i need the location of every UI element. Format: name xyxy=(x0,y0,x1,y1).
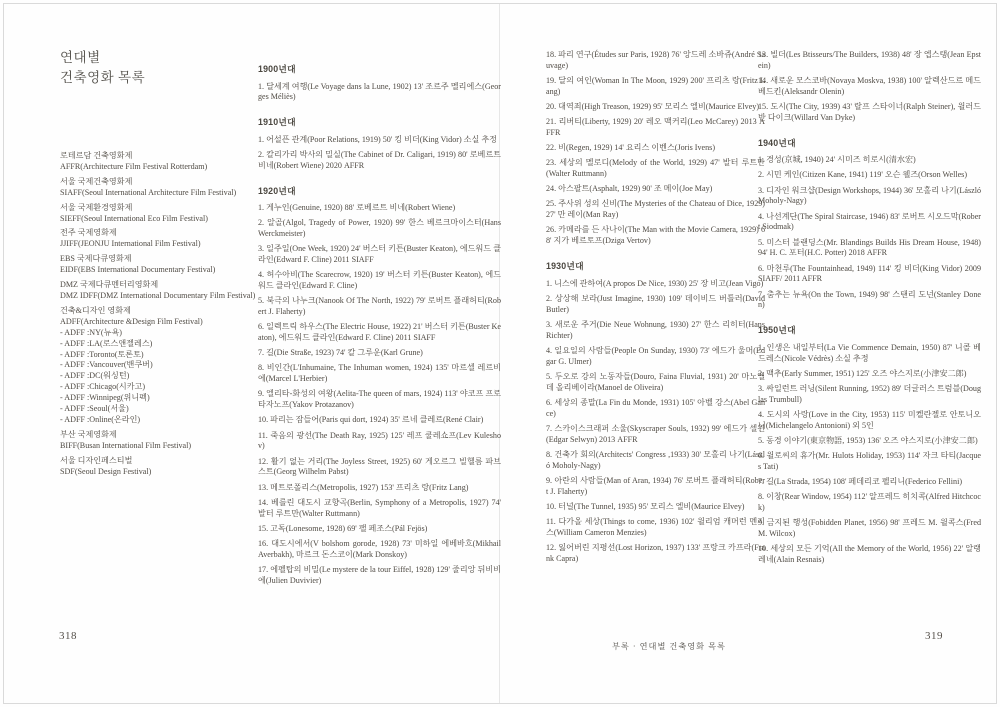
film-list-item: 1. 니스에 관하여(A propos De Nice, 1930) 25' 장… xyxy=(546,279,765,290)
film-list-item: 10. 세상의 모든 기억(All the Memory of the Worl… xyxy=(758,544,981,566)
film-list-item: 4. 도시의 사랑(Love in the City, 1953) 115' 미… xyxy=(758,410,981,432)
film-list-item: 14. 새로운 모스코바(Novaya Moskva, 1938) 100' 알… xyxy=(758,76,981,98)
film-list-item: 9. 금지된 행성(Fobidden Planet, 1956) 98' 프레드… xyxy=(758,518,981,540)
festival-item: EBS 국제다큐영화제 EIDF(EBS International Docum… xyxy=(60,254,257,276)
film-list-item: 5. 두오로 강의 노동자들(Douro, Faina Fluvial, 193… xyxy=(546,372,765,394)
film-list-item: 1. 어설픈 관계(Poor Relations, 1919) 50' 킹 비더… xyxy=(258,135,501,146)
festival-item: DMZ 국제다큐멘터리영화제 DMZ IDFF(DMZ Internationa… xyxy=(60,280,257,302)
film-list-item: 11. 다가올 세상(Things to come, 1936) 102' 윌리… xyxy=(546,517,765,539)
festival-sub-item: - ADFF :NY(뉴욕) xyxy=(60,328,257,339)
film-list-item: 15. 도시(The City, 1939) 43' 랄프 스타이너(Ralph… xyxy=(758,102,981,124)
festival-sub-item: - ADFF :Toronto(토론토) xyxy=(60,350,257,361)
film-list-item: 2. 상상해 보라(Just Imagine, 1930) 109' 데이비드 … xyxy=(546,294,765,316)
film-list-item: 1. 달세계 여행(Le Voyage dans la Lune, 1902) … xyxy=(258,82,501,104)
film-list-item: 1. 인생은 내일부터(La Vie Commence Demain, 1950… xyxy=(758,343,981,365)
festival-item: 서울 국제건축영화제 SIAFF(Seoul International Arc… xyxy=(60,177,257,199)
festival-item: 전주 국제영화제 JJIFF(JEONJU International Film… xyxy=(60,228,257,250)
decade-heading: 1910년대 xyxy=(258,115,501,128)
film-list-item: 13. 빌더(Les Btisseurs/The Builders, 1938)… xyxy=(758,50,981,72)
festival-name-en: SIEFF(Seoul International Eco Film Festi… xyxy=(60,214,257,225)
film-list-item: 3. 새로운 주거(Die Neue Wohnung, 1930) 27' 한스… xyxy=(546,320,765,342)
festival-sub-item: - ADFF :LA(로스앤젤레스) xyxy=(60,339,257,350)
film-list-item: 21. 리버티(Liberty, 1929) 20' 레오 맥커리(Leo Mc… xyxy=(546,117,765,139)
film-list-item: 25. 주사위 성의 신비(The Mysteries of the Chate… xyxy=(546,199,765,221)
festival-name-en: EIDF(EBS International Documentary Festi… xyxy=(60,265,257,276)
film-list-item: 22. 비(Regen, 1929) 14' 요리스 이벤스(Joris Ive… xyxy=(546,143,765,154)
film-list-item: 18. 파리 연구(Études sur Paris, 1928) 76' 앙드… xyxy=(546,50,765,72)
festival-item: 건축&디자인 영화제 ADFF(Architecture &Design Fil… xyxy=(60,306,257,426)
film-list-item: 3. 싸일런트 러닝(Silent Running, 1952) 89' 더글러… xyxy=(758,384,981,406)
film-list-item: 6. 일렉트릭 하우스(The Electric House, 1922) 21… xyxy=(258,322,501,344)
decade-section: 1940년대 1. 경성(京城, 1940) 24' 시미즈 히로시(清水宏) … xyxy=(758,136,981,312)
film-list-item: 6. 마천루(The Fountainhead, 1949) 114' 킹 비더… xyxy=(758,264,981,286)
film-list-item: 4. 허수아비(The Scarecrow, 1920) 19' 버스터 키튼(… xyxy=(258,270,501,292)
decade-heading: 1920년대 xyxy=(258,184,501,197)
film-list-item: 4. 일요일의 사람들(People On Sunday, 1930) 73' … xyxy=(546,346,765,368)
film-list-continued: 18. 파리 연구(Études sur Paris, 1928) 76' 앙드… xyxy=(546,50,765,247)
decade-section: 1930년대 1. 니스에 관하여(A propos De Nice, 1930… xyxy=(546,259,765,565)
festival-item: 부산 국제영화제 BIFF(Busan International Film F… xyxy=(60,430,257,452)
festival-name-en: DMZ IDFF(DMZ International Documentary F… xyxy=(60,291,257,302)
film-list-item: 6. 세상의 종말(La Fin du Monde, 1931) 105' 아벨… xyxy=(546,398,765,420)
page-number-left: 318 xyxy=(59,630,77,642)
film-list-item: 9. 아란의 사람들(Man of Aran, 1934) 76' 로버트 플래… xyxy=(546,476,765,498)
film-list-item: 8. 이창(Rear Window, 1954) 112' 알프레드 히치콕(A… xyxy=(758,492,981,514)
festival-name-kr: 로테르담 건축영화제 xyxy=(60,151,257,162)
festival-name-en: AFFR(Architecture Film Festival Rotterda… xyxy=(60,162,257,173)
film-list-item: 14. 베를린 대도시 교향곡(Berlin, Symphony of a Me… xyxy=(258,498,501,520)
film-list: 1. 어설픈 관계(Poor Relations, 1919) 50' 킹 비더… xyxy=(258,135,501,172)
festival-sub-item: - ADFF :Chicago(시카고) xyxy=(60,382,257,393)
film-list-item: 20. 대역죄(High Treason, 1929) 95' 모리스 엘비(M… xyxy=(546,102,765,113)
film-list-item: 2. 알골(Algol, Tragedy of Power, 1920) 99'… xyxy=(258,218,501,240)
festival-name-kr: 부산 국제영화제 xyxy=(60,430,257,441)
festival-name-kr: 서울 국제건축영화제 xyxy=(60,177,257,188)
decade-section: 1910년대 1. 어설픈 관계(Poor Relations, 1919) 5… xyxy=(258,115,501,171)
film-list-item: 3. 일주일(One Week, 1920) 24' 버스터 키튼(Buster… xyxy=(258,244,501,266)
page-title-line2: 건축영화 목록 xyxy=(60,68,145,88)
festival-sub-item: - ADFF :Vancouver(밴쿠버) xyxy=(60,360,257,371)
decade-section: 1900년대 1. 달세계 여행(Le Voyage dans la Lune,… xyxy=(258,62,501,103)
film-list-item: 11. 죽음의 광선(The Death Ray, 1925) 125' 레프 … xyxy=(258,431,501,453)
right-page-film-column-2: 13. 빌더(Les Btisseurs/The Builders, 1938)… xyxy=(758,50,981,570)
right-page-film-column-1: 18. 파리 연구(Études sur Paris, 1928) 76' 앙드… xyxy=(546,50,765,569)
festival-item: 서울 디자인페스티벌 SDF(Seoul Design Festival) xyxy=(60,456,257,478)
film-list-item: 2. 칼리가리 박사의 밀실(The Cabinet of Dr. Caliga… xyxy=(258,150,501,172)
festival-sub-list: - ADFF :NY(뉴욕) - ADFF :LA(로스앤젤레스) - ADFF… xyxy=(60,328,257,426)
festival-name-kr: EBS 국제다큐영화제 xyxy=(60,254,257,265)
film-list-item: 3. 디자인 워크샵(Design Workshops, 1944) 36' 모… xyxy=(758,186,981,208)
film-list-item: 1. 경성(京城, 1940) 24' 시미즈 히로시(清水宏) xyxy=(758,155,981,166)
festival-item: 서울 국제환경영화제 SIEFF(Seoul International Eco… xyxy=(60,203,257,225)
decade-heading: 1940년대 xyxy=(758,136,981,149)
film-list-item: 6. 윌로씨의 휴가(Mr. Hulots Holiday, 1953) 114… xyxy=(758,451,981,473)
decade-heading: 1930년대 xyxy=(546,259,765,272)
festival-name-kr: 서울 디자인페스티벌 xyxy=(60,456,257,467)
book-spread: 연대별 건축영화 목록 로테르담 건축영화제 AFFR(Architecture… xyxy=(0,0,1000,707)
film-list: 1. 인생은 내일부터(La Vie Commence Demain, 1950… xyxy=(758,343,981,566)
film-list-item: 13. 메트로폴리스(Metropolis, 1927) 153' 프리츠 랑(… xyxy=(258,483,501,494)
film-list-item: 10. 터널(The Tunnel, 1935) 95' 모리스 엘비(Maur… xyxy=(546,502,765,513)
film-list-item: 7. 길(La Strada, 1954) 108' 페데리코 펠리니(Fede… xyxy=(758,477,981,488)
festival-item: 로테르담 건축영화제 AFFR(Architecture Film Festiv… xyxy=(60,151,257,173)
film-list-item: 7. 춤추는 뉴욕(On the Town, 1949) 98' 스탠리 도넌(… xyxy=(758,290,981,312)
decade-section: 1920년대 1. 게누인(Genuine, 1920) 88' 로베르트 비네… xyxy=(258,184,501,587)
festival-sub-item: - ADFF :Online(온라인) xyxy=(60,415,257,426)
film-list-item: 7. 스카이스크래퍼 소울(Skyscraper Souls, 1932) 99… xyxy=(546,424,765,446)
page-number-right: 319 xyxy=(925,630,943,642)
film-list: 1. 경성(京城, 1940) 24' 시미즈 히로시(清水宏) 2. 시민 케… xyxy=(758,155,981,311)
film-list-item: 12. 잃어버린 지평선(Lost Horizon, 1937) 133' 프랑… xyxy=(546,543,765,565)
film-list-item: 16. 대도시에서(V bolshom gorode, 1928) 73' 미하… xyxy=(258,539,501,561)
festival-name-en: SDF(Seoul Design Festival) xyxy=(60,467,257,478)
running-footer: 부록 · 연대별 건축영화 목록 xyxy=(612,641,726,652)
page-title-line1: 연대별 xyxy=(60,48,145,68)
film-list-item: 8. 비인간(L'Inhumaine, The Inhuman women, 1… xyxy=(258,363,501,385)
film-list-item: 9. 엘리타-화성의 여왕(Aelita-The queen of mars, … xyxy=(258,389,501,411)
film-list-item: 2. 맥추(Early Summer, 1951) 125' 오즈 야스지로(小… xyxy=(758,369,981,380)
film-list-item: 17. 에펠탑의 비밀(Le mystere de la tour Eiffel… xyxy=(258,565,501,587)
film-list-item: 15. 고독(Lonesome, 1928) 69' 팰 페조스(Pál Fej… xyxy=(258,524,501,535)
film-list-item: 8. 건축가 회의(Architects' Congress ,1933) 30… xyxy=(546,450,765,472)
film-list-item: 5. 북극의 나누크(Nanook Of The North, 1922) 79… xyxy=(258,296,501,318)
film-list-item: 23. 세상의 멜로디(Melody of the World, 1929) 4… xyxy=(546,158,765,180)
film-list-item: 5. 동경 이야기(東京物語, 1953) 136' 오즈 야스지로(小津安二郎… xyxy=(758,436,981,447)
decade-heading: 1900년대 xyxy=(258,62,501,75)
festival-sub-item: - ADFF :Seoul(서울) xyxy=(60,404,257,415)
festival-name-kr: 건축&디자인 영화제 xyxy=(60,306,257,317)
decade-list: 1940년대 1. 경성(京城, 1940) 24' 시미즈 히로시(清水宏) … xyxy=(758,136,981,566)
festival-name-en: ADFF(Architecture &Design Film Festival) xyxy=(60,317,257,328)
film-list-item: 5. 미스터 블랜딩스(Mr. Blandings Builds His Dre… xyxy=(758,238,981,260)
film-list-item: 7. 길(Die Straße, 1923) 74' 칼 그루운(Karl Gr… xyxy=(258,348,501,359)
film-list-item: 2. 시민 케인(Citizen Kane, 1941) 119' 오슨 웰즈(… xyxy=(758,170,981,181)
festival-list: 로테르담 건축영화제 AFFR(Architecture Film Festiv… xyxy=(60,151,257,481)
festival-name-kr: 전주 국제영화제 xyxy=(60,228,257,239)
decade-list: 1930년대 1. 니스에 관하여(A propos De Nice, 1930… xyxy=(546,259,765,565)
festival-name-en: SIAFF(Seoul International Architecture F… xyxy=(60,188,257,199)
film-list-item: 19. 달의 여인(Woman In The Moon, 1929) 200' … xyxy=(546,76,765,98)
film-list: 1. 게누인(Genuine, 1920) 88' 로베르트 비네(Robert… xyxy=(258,203,501,586)
festival-sub-item: - ADFF :DC(워싱턴) xyxy=(60,371,257,382)
film-list-item: 26. 카메라를 든 사나이(The Man with the Movie Ca… xyxy=(546,225,765,247)
film-list-item: 10. 파리는 잠들어(Paris qui dort, 1924) 35' 르네… xyxy=(258,415,501,426)
festival-name-en: BIFF(Busan International Film Festival) xyxy=(60,441,257,452)
film-list: 1. 니스에 관하여(A propos De Nice, 1930) 25' 장… xyxy=(546,279,765,565)
decade-heading: 1950년대 xyxy=(758,323,981,336)
film-list: 1. 달세계 여행(Le Voyage dans la Lune, 1902) … xyxy=(258,82,501,104)
left-page-film-column: 1900년대 1. 달세계 여행(Le Voyage dans la Lune,… xyxy=(258,50,501,591)
film-list-item: 1. 게누인(Genuine, 1920) 88' 로베르트 비네(Robert… xyxy=(258,203,501,214)
decade-section: 1950년대 1. 인생은 내일부터(La Vie Commence Demai… xyxy=(758,323,981,566)
film-list-item: 24. 아스팔트(Asphalt, 1929) 90' 조 메이(Joe May… xyxy=(546,184,765,195)
festival-name-kr: 서울 국제환경영화제 xyxy=(60,203,257,214)
festival-name-kr: DMZ 국제다큐멘터리영화제 xyxy=(60,280,257,291)
film-list-continued: 13. 빌더(Les Btisseurs/The Builders, 1938)… xyxy=(758,50,981,124)
film-list-item: 12. 활기 없는 거리(The Joyless Street, 1925) 6… xyxy=(258,457,501,479)
festival-sub-item: - ADFF :Winnipeg(위니펙) xyxy=(60,393,257,404)
film-list-item: 4. 나선계단(The Spiral Staircase, 1946) 83' … xyxy=(758,212,981,234)
festival-name-en: JJIFF(JEONJU International Film Festival… xyxy=(60,239,257,250)
page-title: 연대별 건축영화 목록 xyxy=(60,48,145,88)
